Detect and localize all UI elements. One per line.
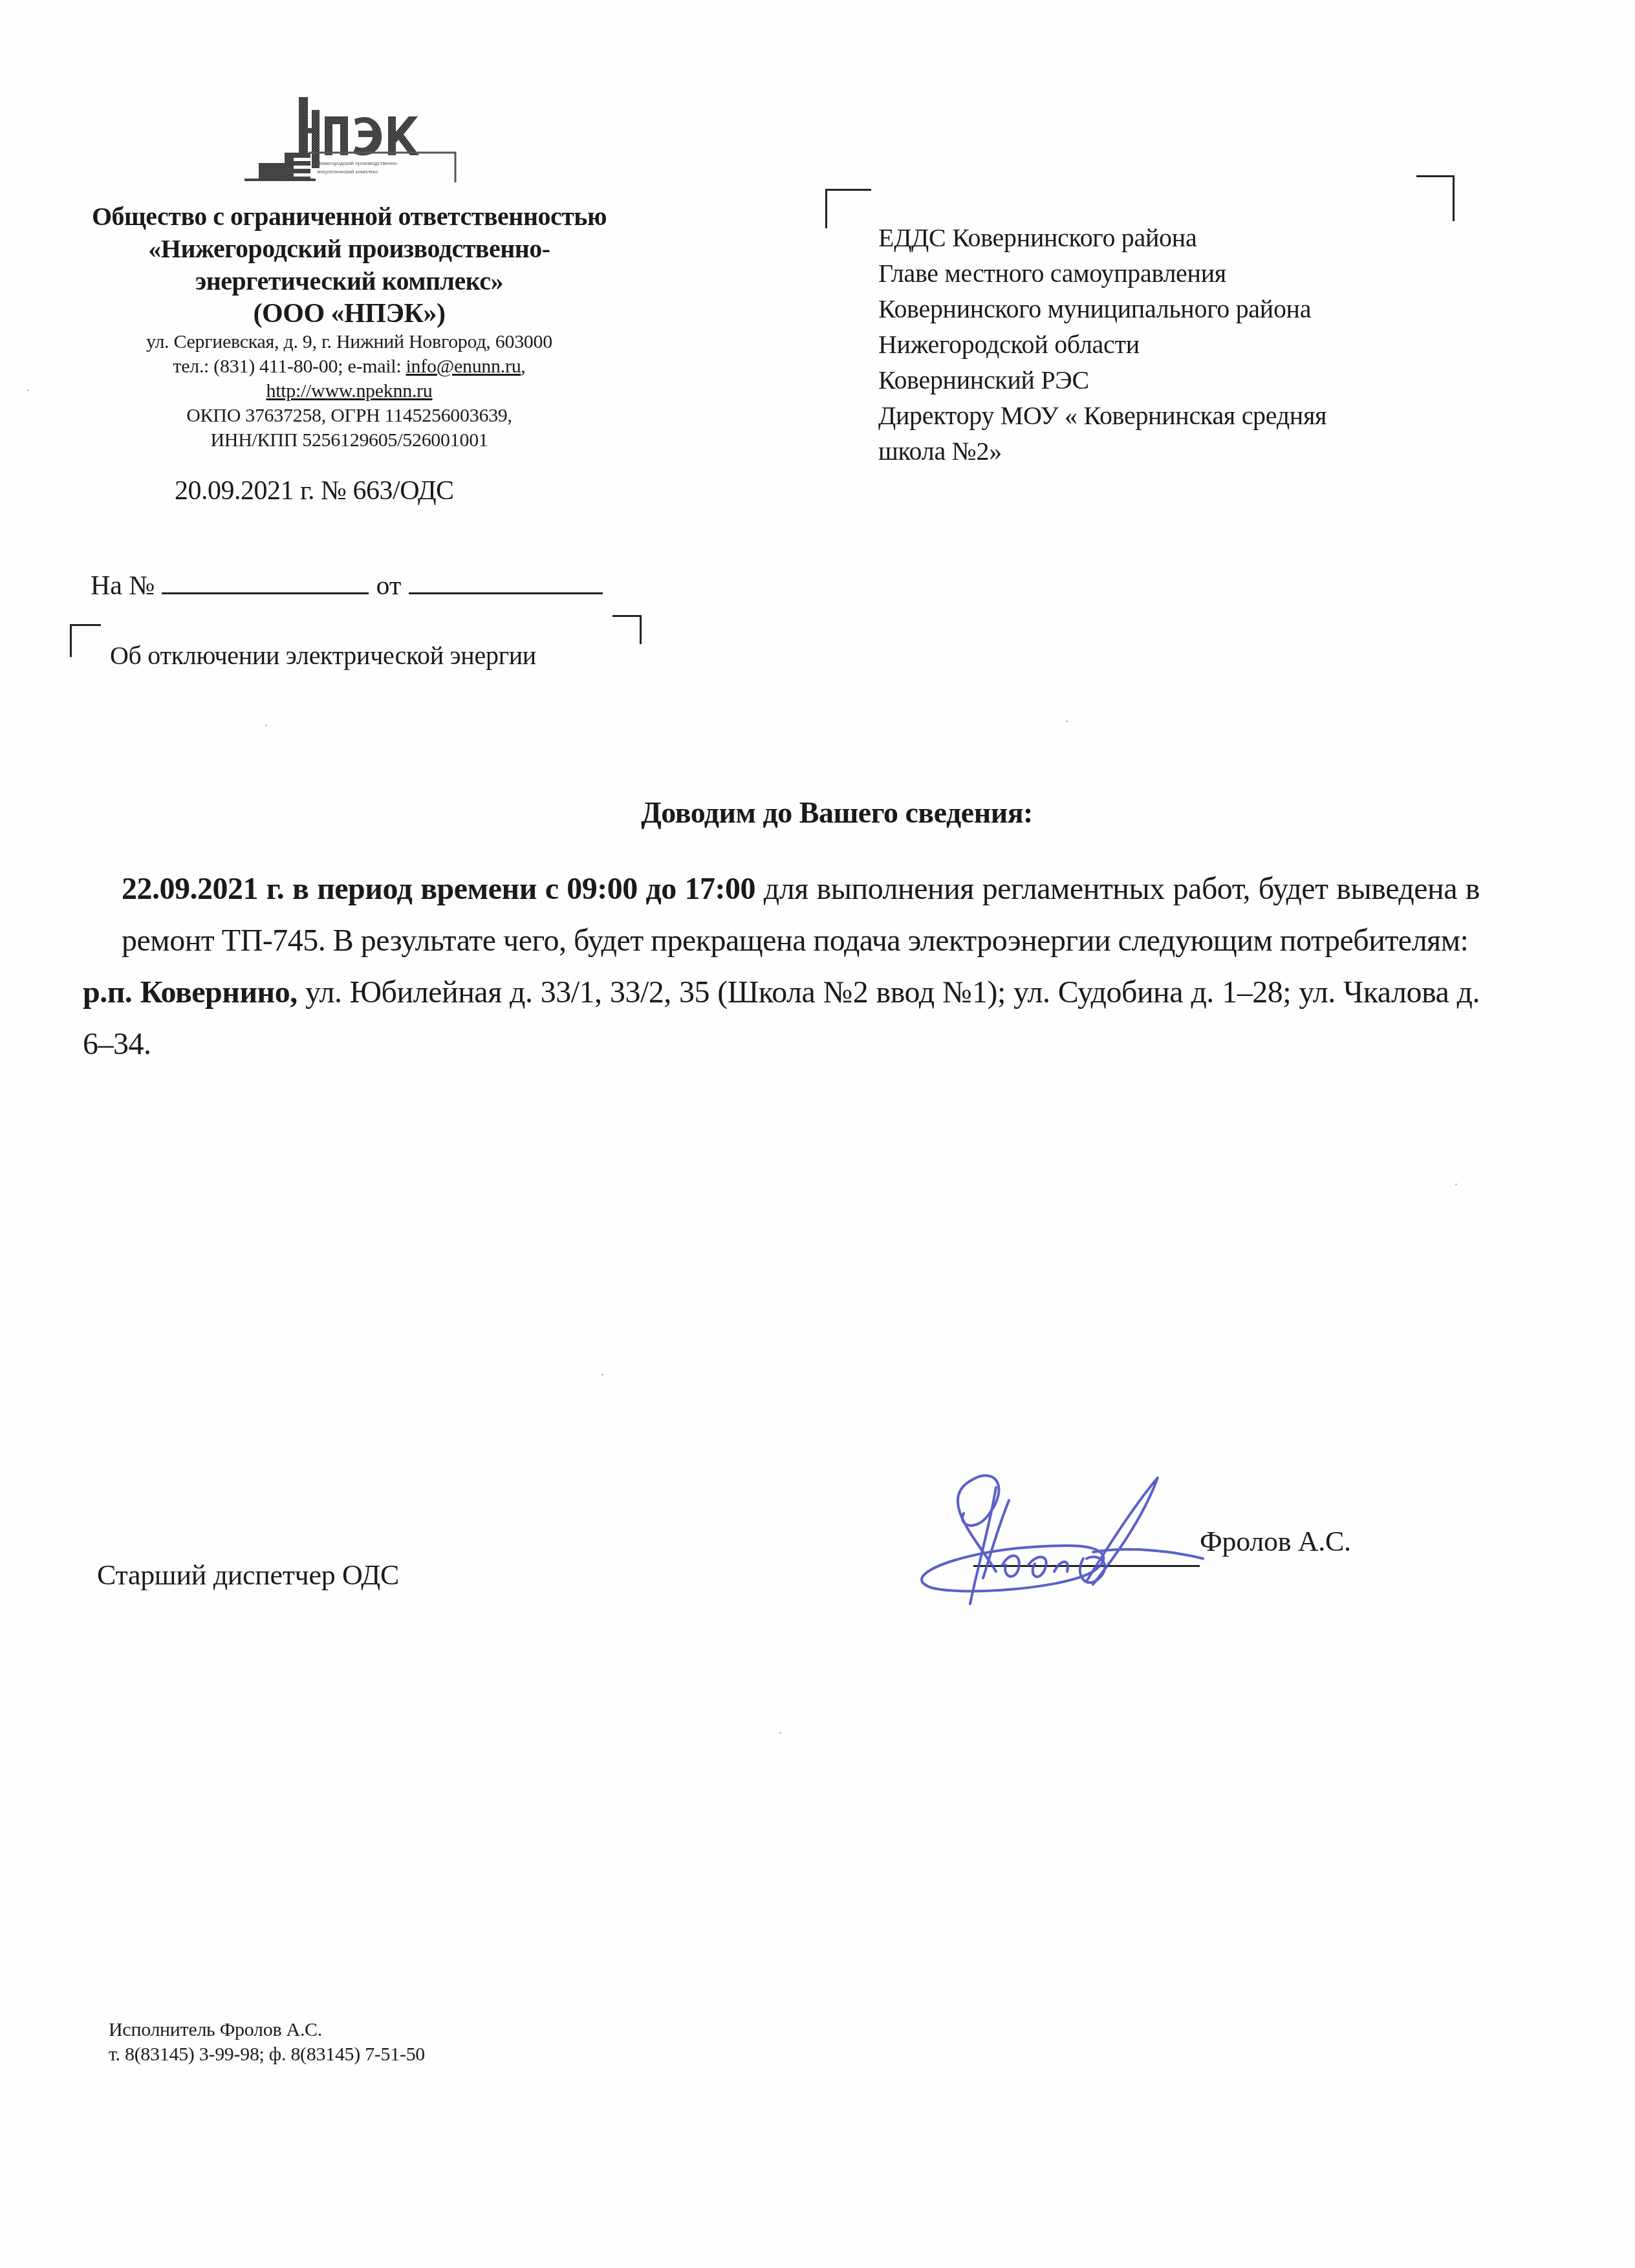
affected-locality: р.п. Ковернино,	[83, 975, 298, 1010]
reference-number-blank	[162, 569, 369, 594]
signer-title: Старший диспетчер ОДС	[97, 1559, 399, 1592]
document-date-number: 20.09.2021 г. № 663/ОДС	[175, 475, 454, 506]
scan-speck	[1066, 720, 1068, 722]
executor-info: Исполнитель Фролов А.С. т. 8(83145) 3-99…	[109, 2018, 425, 2067]
company-address: ул. Сергиевская, д. 9, г. Нижний Новгоро…	[58, 330, 640, 354]
company-short-name: (ООО «НПЭК»)	[58, 297, 640, 330]
company-name-line3: энергетический комплекс»	[58, 265, 640, 297]
company-header: Общество с ограниченной ответственностью…	[58, 200, 640, 453]
addressee-item: Главе местного самоуправления	[878, 255, 1326, 291]
company-website-link[interactable]: http://www.npeknn.ru	[266, 380, 432, 402]
reference-number-label: На №	[91, 571, 155, 601]
npek-factory-logo-icon: Нижегородский производственно- энергетич…	[244, 91, 458, 188]
document-subject: Об отключении электрической энергии	[110, 640, 536, 671]
notice-body: 22.09.2021 г. в период времени с 09:00 д…	[83, 863, 1480, 1070]
scan-speck	[27, 389, 29, 391]
addressee-list: ЕДДС Ковернинского района Главе местного…	[878, 220, 1326, 469]
letter-page: Нижегородский производственно- энергетич…	[0, 0, 1635, 2268]
addressee-item: Директору МОУ « Ковернинская средняя	[878, 398, 1326, 433]
company-name-line2: «Нижегородский производственно-	[58, 233, 640, 265]
executor-name: Исполнитель Фролов А.С.	[109, 2018, 425, 2042]
scan-speck	[779, 1732, 781, 1734]
addressee-item: Ковернинского муниципального района	[878, 291, 1326, 327]
scan-speck	[1455, 1183, 1457, 1185]
addressee-item: Нижегородской области	[878, 327, 1326, 362]
addressee-item: школа №2»	[878, 433, 1326, 469]
company-name-line1: Общество с ограниченной ответственностью	[58, 200, 640, 233]
reference-date-label: от	[376, 571, 402, 601]
company-logo: Нижегородский производственно- энергетич…	[244, 91, 458, 188]
company-contacts: тел.: (831) 411-80-00; e-mail: info@enun…	[58, 354, 640, 379]
company-phone: тел.: (831) 411-80-00; e-mail:	[173, 356, 406, 377]
subject-bracket-right	[612, 615, 642, 644]
company-okpo-ogrn: ОКПО 37637258, ОГРН 1145256003639,	[58, 404, 640, 428]
addressee-bracket-right	[1416, 175, 1455, 221]
company-inn-kpp: ИНН/КПП 5256129605/526001001	[58, 428, 640, 453]
subject-bracket-left	[70, 624, 101, 657]
addressee-item: Ковернинский РЭС	[878, 362, 1326, 398]
scan-speck	[265, 724, 267, 726]
executor-phones: т. 8(83145) 3-99-98; ф. 8(83145) 7-51-50	[109, 2042, 425, 2067]
notice-paragraph: 22.09.2021 г. в период времени с 09:00 д…	[83, 863, 1480, 967]
svg-text:энергетический комплекс: энергетический комплекс	[317, 169, 378, 175]
signature-scribble-icon	[899, 1462, 1261, 1617]
affected-consumers: р.п. Ковернино, ул. Юбилейная д. 33/1, 3…	[83, 967, 1480, 1070]
reference-line: На №от	[91, 569, 603, 601]
handwritten-signature	[899, 1462, 1261, 1617]
addressee-bracket-left	[825, 189, 871, 228]
outage-date-time: 22.09.2021 г. в период времени с 09:00 д…	[122, 872, 755, 906]
reference-date-blank	[409, 569, 603, 594]
company-email-link[interactable]: info@enunn.ru	[406, 356, 521, 377]
greeting-heading: Доводим до Вашего сведения:	[0, 795, 1635, 830]
addressee-item: ЕДДС Ковернинского района	[878, 220, 1326, 255]
scan-speck	[601, 1374, 603, 1376]
svg-text:Нижегородский производственно-: Нижегородский производственно-	[317, 160, 398, 166]
